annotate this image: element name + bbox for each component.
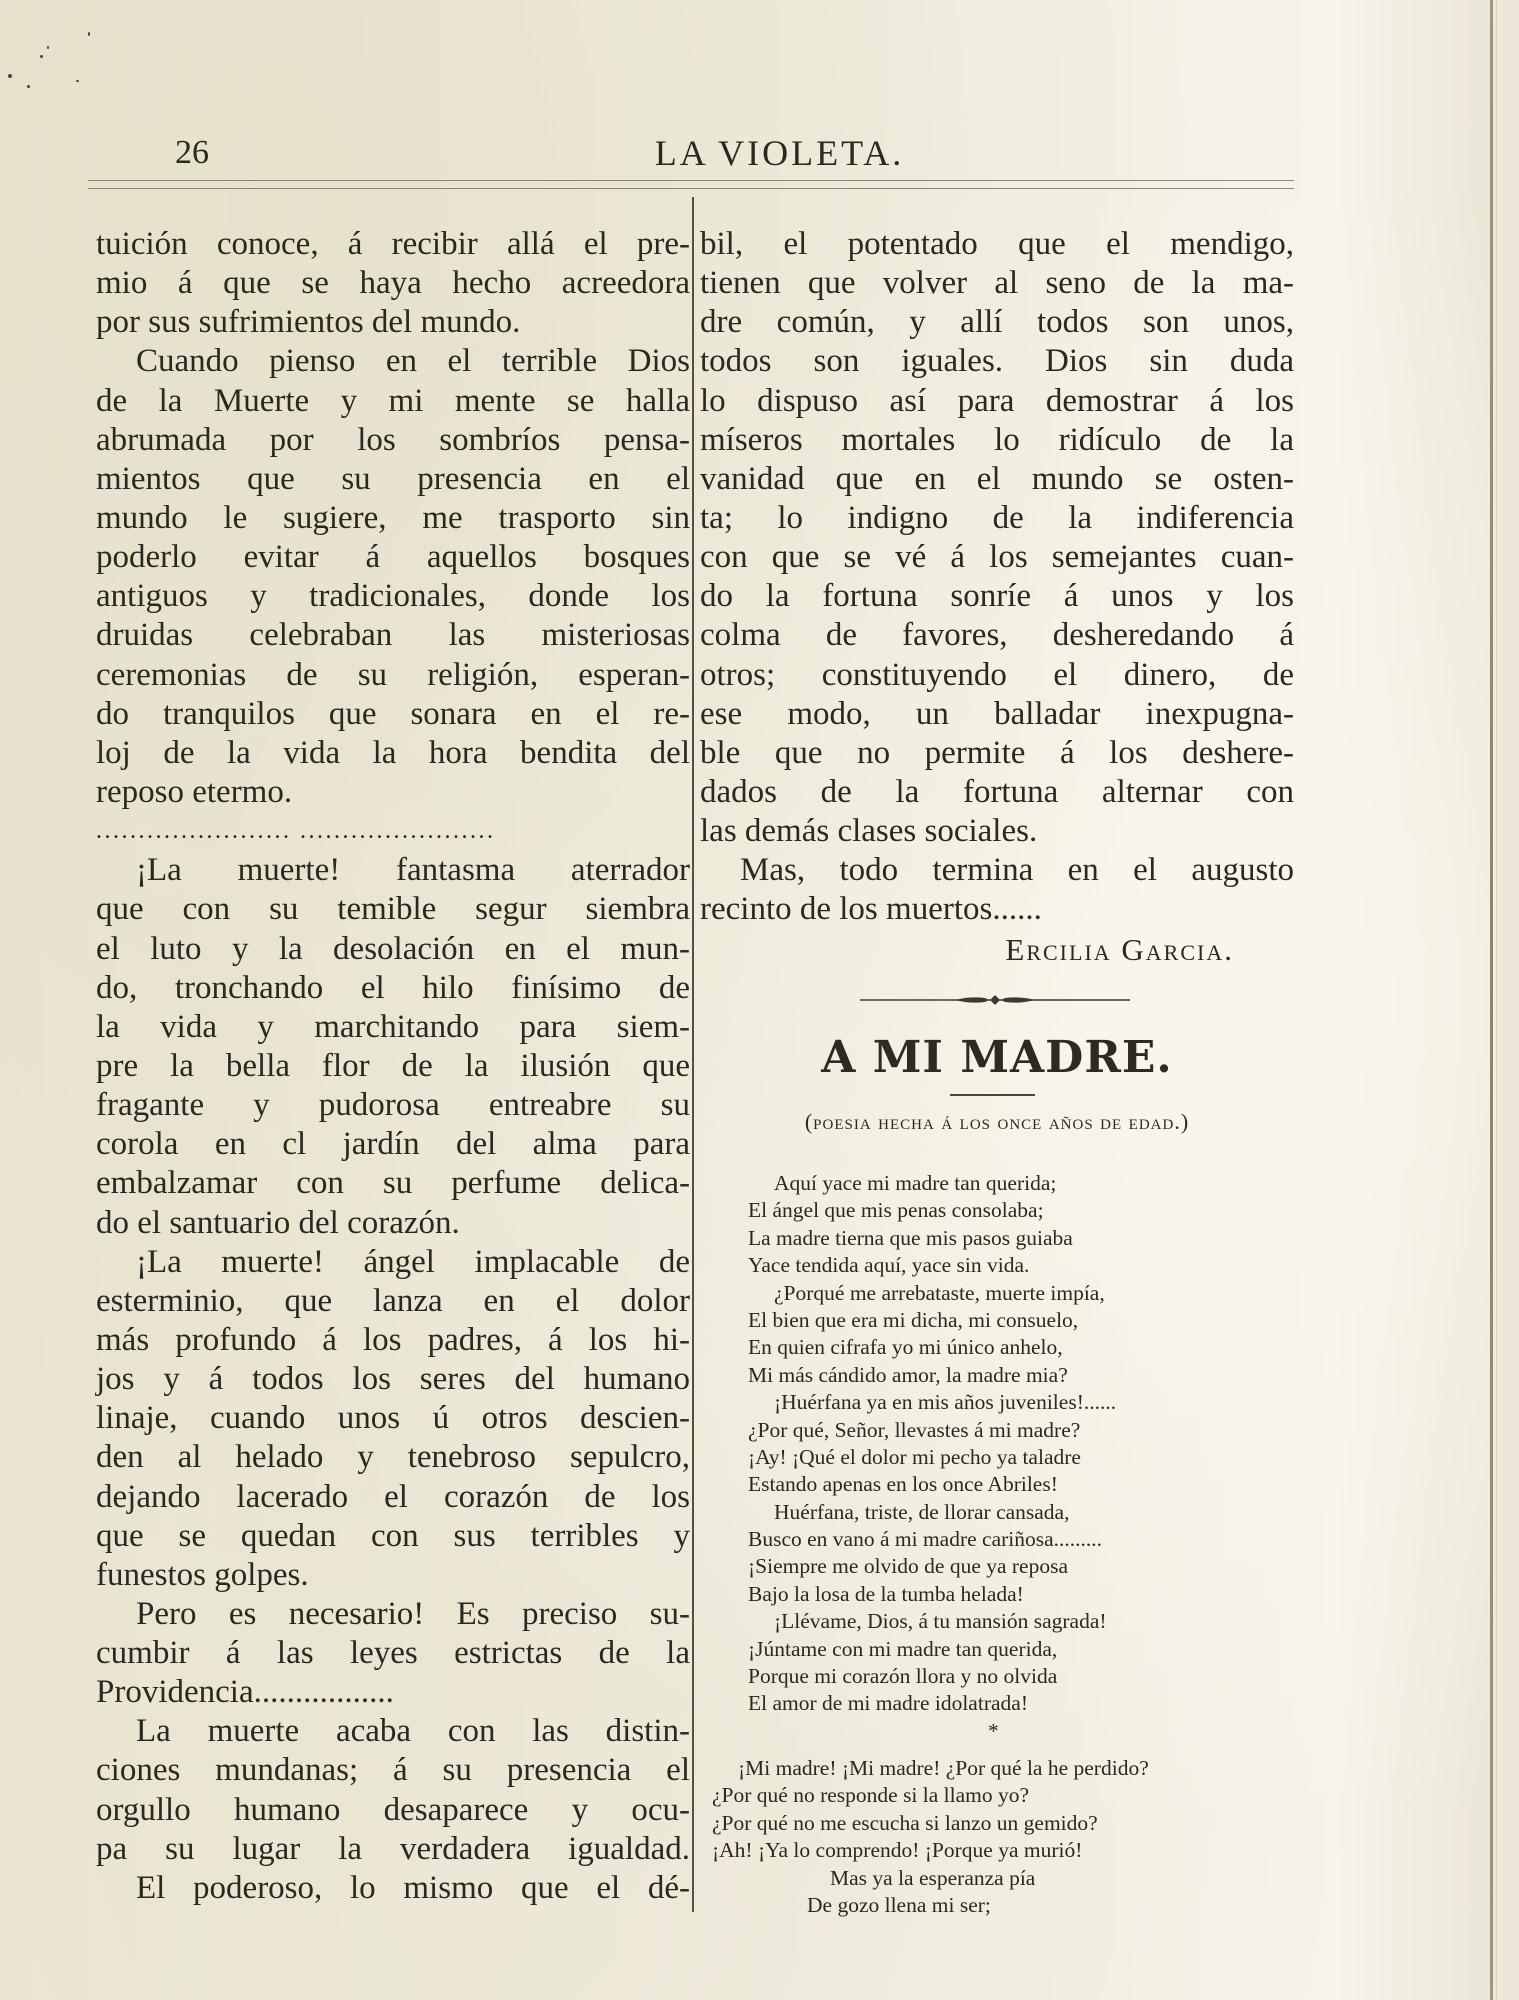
- verse-line: ¡Siempre me olvido de que ya reposa: [748, 1553, 1308, 1580]
- verse-line: Mi más cándido amor, la madre mia?: [748, 1362, 1308, 1389]
- asterisk-separator: *: [748, 1718, 1308, 1745]
- text-line: tienen que volver al seno de la ma-: [700, 264, 1294, 303]
- verse-line: Porque mi corazón llora y no olvida: [748, 1663, 1308, 1690]
- paragraph-start: ¡La muerte! ángel implacable de: [96, 1243, 690, 1282]
- text-line: ta; lo indigno de la indiferencia: [700, 499, 1294, 538]
- right-column: bil, el potentado que el mendigo, tienen…: [700, 225, 1294, 969]
- column-divider: [692, 197, 694, 1912]
- paragraph-start: El poderoso, lo mismo que el dé-: [96, 1869, 690, 1908]
- text-line: bil, el potentado que el mendigo,: [700, 225, 1294, 264]
- text-line: recinto de los muertos......: [700, 890, 1294, 929]
- text-line: cumbir á las leyes estrictas de la: [96, 1634, 690, 1673]
- verse-line: Bajo la losa de la tumba helada!: [748, 1581, 1308, 1608]
- verse-line: Aquí yace mi madre tan querida;: [748, 1170, 1308, 1197]
- author-signature: Ercilia Garcia.: [700, 930, 1294, 969]
- poem-title: A MI MADRE.: [700, 1030, 1294, 1086]
- header-double-rule: [88, 180, 1294, 189]
- verse-line: El ángel que mis penas consolaba;: [748, 1197, 1308, 1224]
- text-line: orgullo humano desaparece y ocu-: [96, 1791, 690, 1830]
- text-line: ciones mundanas; á su presencia el: [96, 1751, 690, 1790]
- verse-line: La madre tierna que mis pasos guiaba: [748, 1225, 1308, 1252]
- paragraph-start: Mas, todo termina en el augusto: [700, 851, 1294, 890]
- paper-speck: [40, 55, 43, 58]
- paragraph-start: Pero es necesario! Es preciso su-: [96, 1595, 690, 1634]
- text-line: tuición conoce, á recibir allá el pre-: [96, 225, 690, 264]
- text-line: antiguos y tradicionales, donde los: [96, 577, 690, 616]
- running-title: LA VIOLETA.: [0, 133, 1519, 173]
- left-column: tuición conoce, á recibir allá el pre- m…: [96, 225, 690, 1908]
- text-line: ese modo, un balladar inexpugna-: [700, 695, 1294, 734]
- verse-line: ¡Júntame con mi madre tan querida,: [748, 1636, 1308, 1663]
- verse-line: Busco en vano á mi madre cariñosa.......…: [748, 1526, 1308, 1553]
- ornamental-divider: [860, 993, 1130, 1007]
- verse-line: Yace tendida aquí, yace sin vida.: [748, 1252, 1308, 1279]
- newspaper-page: 26 LA VIOLETA. tuición conoce, á recibir…: [0, 0, 1519, 2000]
- text-line: lo dispuso así para demostrar á los: [700, 382, 1294, 421]
- text-line: ble que no permite á los deshere-: [700, 734, 1294, 773]
- verse-line: Huérfana, triste, de llorar cansada,: [748, 1499, 1308, 1526]
- poem-part-two: ¡Mi madre! ¡Mi madre! ¿Por qué la he per…: [712, 1755, 1302, 1919]
- verse-line: ¿Porqué me arrebataste, muerte impía,: [748, 1280, 1308, 1307]
- text-line: pre la bella flor de la ilusión que: [96, 1047, 690, 1086]
- title-underline: [950, 1094, 1035, 1096]
- text-line: esterminio, que lanza en el dolor: [96, 1282, 690, 1321]
- verse-line: ¡Mi madre! ¡Mi madre! ¿Por qué la he per…: [712, 1755, 1302, 1782]
- verse-line: En quien cifrafa yo mi único anhelo,: [748, 1334, 1308, 1361]
- text-line: Providencia.................: [96, 1673, 690, 1712]
- verse-line: ¡Ah! ¡Ya lo comprendo! ¡Porque ya murió!: [712, 1837, 1302, 1864]
- text-line: otros; constituyendo el dinero, de: [700, 656, 1294, 695]
- verse-line: ¡Llévame, Dios, á tu mansión sagrada!: [748, 1608, 1308, 1635]
- text-line: loj de la vida la hora bendita del: [96, 734, 690, 773]
- verse-line: ¿Por qué no me escucha si lanzo un gemid…: [712, 1810, 1302, 1837]
- text-line: más profundo á los padres, á los hi-: [96, 1321, 690, 1360]
- verse-line: El amor de mi madre idolatrada!: [748, 1690, 1308, 1717]
- text-line: la vida y marchitando para siem-: [96, 1008, 690, 1047]
- text-line: mundo le sugiere, me trasporto sin: [96, 499, 690, 538]
- text-line: de la Muerte y mi mente se halla: [96, 382, 690, 421]
- text-line: den al helado y tenebroso sepulcro,: [96, 1438, 690, 1477]
- text-line: míseros mortales lo ridículo de la: [700, 421, 1294, 460]
- paragraph-start: ¡La muerte! fantasma aterrador: [96, 851, 690, 890]
- paper-speck: [88, 32, 90, 36]
- text-line: do, tronchando el hilo finísimo de: [96, 969, 690, 1008]
- verse-line: De gozo llena mi ser;: [712, 1892, 1302, 1919]
- text-line: jos y á todos los seres del humano: [96, 1360, 690, 1399]
- text-line: el luto y la desolación en el mun-: [96, 930, 690, 969]
- text-line: colma de favores, desheredando á: [700, 616, 1294, 655]
- text-line: con que se vé á los semejantes cuan-: [700, 538, 1294, 577]
- paper-speck: [47, 46, 49, 49]
- text-line: fragante y pudorosa entreabre su: [96, 1086, 690, 1125]
- verse-line: El bien que era mi dicha, mi consuelo,: [748, 1307, 1308, 1334]
- text-line: do el santuario del corazón.: [96, 1204, 690, 1243]
- text-line: ceremonias de su religión, esperan-: [96, 656, 690, 695]
- text-line: corola en cl jardín del alma para: [96, 1125, 690, 1164]
- text-line: do tranquilos que sonara en el re-: [96, 695, 690, 734]
- text-line: mio á que se haya hecho acreedora: [96, 264, 690, 303]
- text-line: poderlo evitar á aquellos bosques: [96, 538, 690, 577]
- text-line: vanidad que en el mundo se osten-: [700, 460, 1294, 499]
- text-line: druidas celebraban las misteriosas: [96, 616, 690, 655]
- paper-speck: [76, 80, 79, 82]
- text-line: dados de la fortuna alternar con: [700, 773, 1294, 812]
- dotted-separator: ....................... ................…: [96, 812, 690, 851]
- text-line: reposo etermo.: [96, 773, 690, 812]
- text-line: do la fortuna sonríe á unos y los: [700, 577, 1294, 616]
- text-line: que se quedan con sus terribles y: [96, 1517, 690, 1556]
- paper-speck: [27, 85, 30, 88]
- paragraph-start: La muerte acaba con las distin-: [96, 1712, 690, 1751]
- verse-line: Mas ya la esperanza pía: [712, 1865, 1302, 1892]
- text-line: linaje, cuando unos ú otros descien-: [96, 1399, 690, 1438]
- page-edge-shadow: [1490, 0, 1493, 2000]
- text-line: dejando lacerado el corazón de los: [96, 1478, 690, 1517]
- text-line: pa su lugar la verdadera igualdad.: [96, 1830, 690, 1869]
- paper-speck: [8, 74, 12, 78]
- text-line: embalzamar con su perfume delica-: [96, 1164, 690, 1203]
- poem-body: Aquí yace mi madre tan querida; El ángel…: [748, 1170, 1308, 1745]
- verse-line: ¿Por qué no responde si la llamo yo?: [712, 1782, 1302, 1809]
- verse-line: ¿Por qué, Señor, llevastes á mi madre?: [748, 1417, 1308, 1444]
- text-line: las demás clases sociales.: [700, 812, 1294, 851]
- text-line: dre común, y allí todos son unos,: [700, 303, 1294, 342]
- text-line: que con su temible segur siembra: [96, 890, 690, 929]
- verse-line: ¡Ay! ¡Qué el dolor mi pecho ya taladre: [748, 1444, 1308, 1471]
- text-line: abrumada por los sombríos pensa-: [96, 421, 690, 460]
- text-line: mientos que su presencia en el: [96, 460, 690, 499]
- text-line: todos son iguales. Dios sin duda: [700, 342, 1294, 381]
- paragraph-start: Cuando pienso en el terrible Dios: [96, 342, 690, 381]
- poem-subtitle: (poesia hecha á los once años de edad.): [700, 1107, 1294, 1137]
- text-line: por sus sufrimientos del mundo.: [96, 303, 690, 342]
- verse-line: Estando apenas en los once Abriles!: [748, 1471, 1308, 1498]
- next-page-edge: [1496, 0, 1519, 2000]
- verse-line: ¡Huérfana ya en mis años juveniles!.....…: [748, 1389, 1308, 1416]
- text-line: funestos golpes.: [96, 1556, 690, 1595]
